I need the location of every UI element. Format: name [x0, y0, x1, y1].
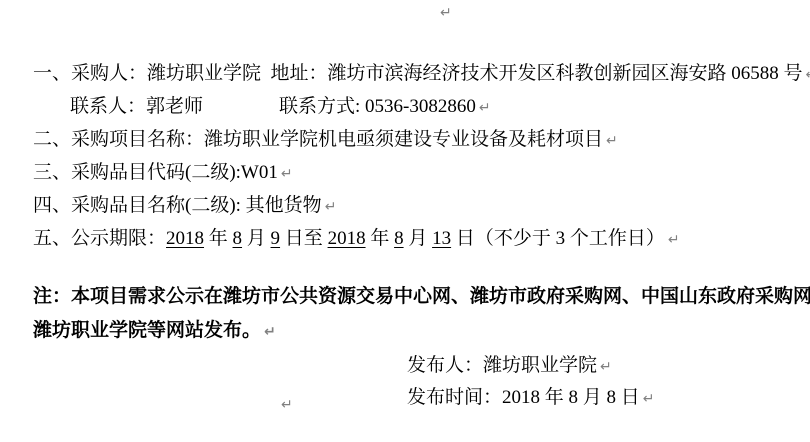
- period-end-month: 8: [394, 228, 404, 249]
- paragraph-mark-icon: ↵: [281, 397, 293, 413]
- publish-date-line: 发布时间：2018 年 8 月 8 日↵: [388, 362, 655, 435]
- paragraph-mark-icon: ↵: [606, 133, 618, 149]
- paragraph-mark-icon: ↵: [440, 5, 452, 21]
- note-text-2: 潍坊职业学院等网站发布。: [33, 320, 261, 341]
- period-mid: 日至: [280, 228, 328, 249]
- paragraph-mark-icon: ↵: [806, 67, 810, 83]
- period-end-day: 13: [432, 228, 451, 249]
- period-sep4: 月: [404, 228, 433, 249]
- period-sep2: 月: [242, 228, 271, 249]
- period-start-month: 8: [233, 228, 243, 249]
- period-sep3: 年: [366, 228, 395, 249]
- note-line-2: 潍坊职业学院等网站发布。↵: [14, 295, 276, 368]
- period-sep1: 年: [204, 228, 233, 249]
- publish-date-text: 发布时间：2018 年 8 月 8 日: [407, 387, 640, 408]
- document-page[interactable]: ↵ 一、采购人：潍坊职业学院 地址：潍坊市滨海经济技术开发区科教创新园区海安路 …: [0, 0, 810, 442]
- paragraph-mark-icon: ↵: [668, 232, 680, 248]
- period-start-year: 2018: [166, 228, 204, 249]
- period-prefix: 五、公示期限：: [33, 228, 166, 249]
- period-suffix: 日（不少于 3 个工作日）: [451, 228, 665, 249]
- paragraph-mark-icon: ↵: [264, 324, 276, 340]
- period-start-day: 9: [271, 228, 281, 249]
- period-end-year: 2018: [328, 228, 366, 249]
- paragraph-mark-icon: ↵: [643, 391, 655, 407]
